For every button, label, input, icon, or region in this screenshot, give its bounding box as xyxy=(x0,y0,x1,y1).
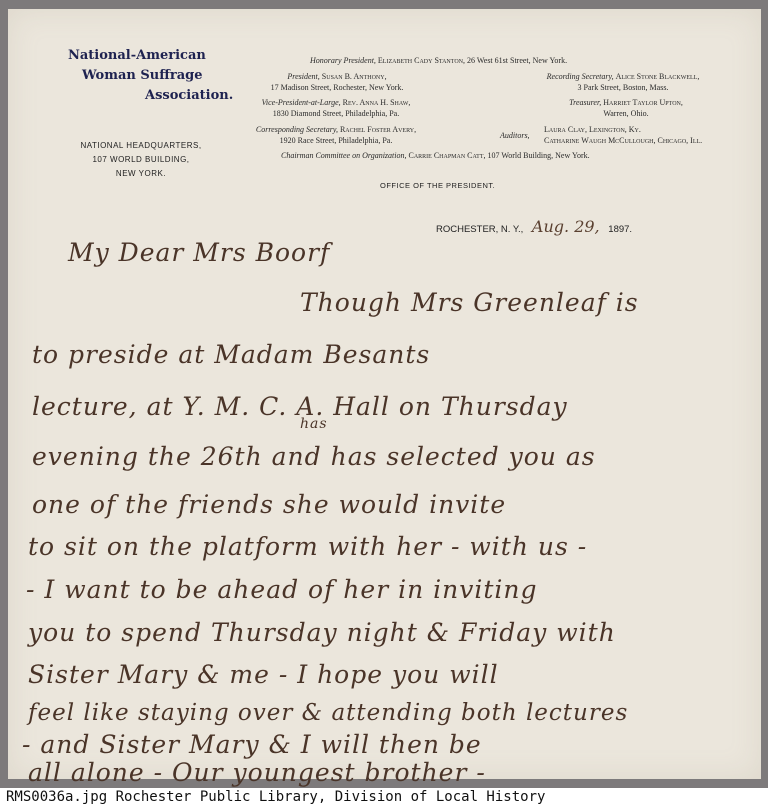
officer-title: Chairman Committee on Organization, xyxy=(281,151,406,160)
letter-line: to sit on the platform with her - with u… xyxy=(28,532,587,561)
salutation: My Dear Mrs Boorf xyxy=(68,238,330,267)
letter-line: - and Sister Mary & I will then be xyxy=(22,730,482,759)
officer-name: Rachel Foster Avery, xyxy=(340,125,416,134)
officer-name: Susan B. Anthony, xyxy=(322,72,387,81)
chairman: Chairman Committee on Organization, Carr… xyxy=(281,150,590,161)
vice-president: Vice-President-at-Large, Rev. Anna H. Sh… xyxy=(246,97,426,119)
letter-line: Though Mrs Greenleaf is xyxy=(300,288,639,317)
honorary-president: Honorary President, Elizabeth Cady Stant… xyxy=(310,55,567,66)
president: President, Susan B. Anthony, 17 Madison … xyxy=(252,71,422,93)
officer-address: 107 World Building, New York. xyxy=(488,151,590,160)
officer-address: 1830 Diamond Street, Philadelphia, Pa. xyxy=(246,108,426,119)
headquarters: NATIONAL HEADQUARTERS, 107 WORLD BUILDIN… xyxy=(66,139,216,181)
officer-title: President, xyxy=(287,72,319,81)
dateline-place: ROCHESTER, N. Y., xyxy=(436,224,523,235)
dateline-date: Aug. 29, xyxy=(532,217,600,236)
auditor-1: Laura Clay, Lexington, Ky. xyxy=(544,124,702,135)
dateline-year: 1897. xyxy=(608,224,632,235)
officer-title: Vice-President-at-Large, xyxy=(262,98,341,107)
officer-name: Harriet Taylor Upton, xyxy=(603,98,683,107)
officer-name: Alice Stone Blackwell, xyxy=(616,72,700,81)
officer-name: Carrie Chapman Catt, xyxy=(408,151,485,160)
org-line-2: Woman Suffrage xyxy=(82,66,203,86)
treasurer: Treasurer, Harriet Taylor Upton, Warren,… xyxy=(556,97,696,119)
office-title: OFFICE OF THE PRESIDENT. xyxy=(380,181,495,190)
corresponding-secretary: Corresponding Secretary, Rachel Foster A… xyxy=(244,124,428,146)
officer-title: Honorary President, xyxy=(310,56,376,65)
officer-title: Recording Secretary, xyxy=(547,72,614,81)
officer-address: 17 Madison Street, Rochester, New York. xyxy=(252,82,422,93)
letter-line: feel like staying over & attending both … xyxy=(28,700,628,726)
letter-line: all alone - Our youngest brother - xyxy=(28,758,486,787)
auditors: Auditors, Laura Clay, Lexington, Ky. Cat… xyxy=(500,124,702,146)
org-line-3: Association. xyxy=(145,86,233,106)
letter-line: Sister Mary & me - I hope you will xyxy=(28,660,499,689)
org-line-1: National-American xyxy=(68,46,206,66)
image-caption: RMS0036a.jpg Rochester Public Library, D… xyxy=(6,789,545,805)
letter-line: to preside at Madam Besants xyxy=(32,340,430,369)
letter-line: one of the friends she would invite xyxy=(32,490,506,519)
dateline: ROCHESTER, N. Y., Aug. 29, 1897. xyxy=(436,217,632,236)
officer-name: Elizabeth Cady Stanton, xyxy=(378,56,465,65)
officer-address: Warren, Ohio. xyxy=(556,108,696,119)
interlinear-insertion: has xyxy=(300,416,328,432)
hq-line-2: 107 WORLD BUILDING, xyxy=(66,153,216,167)
officer-address: 3 Park Street, Boston, Mass. xyxy=(528,82,718,93)
letter-line: - I want to be ahead of her in inviting xyxy=(26,575,538,604)
officer-title: Auditors, xyxy=(500,130,530,141)
auditor-2: Catharine Waugh McCullough, Chicago, Ill… xyxy=(544,135,702,146)
recording-secretary: Recording Secretary, Alice Stone Blackwe… xyxy=(528,71,718,93)
officer-address: 1920 Race Street, Philadelphia, Pa. xyxy=(244,135,428,146)
officer-title: Corresponding Secretary, xyxy=(256,125,338,134)
hq-line-1: NATIONAL HEADQUARTERS, xyxy=(66,139,216,153)
hq-line-3: NEW YORK. xyxy=(66,167,216,181)
letter-line: you to spend Thursday night & Friday wit… xyxy=(28,618,616,647)
officer-address: 26 West 61st Street, New York. xyxy=(467,56,567,65)
letter-line: evening the 26th and has selected you as xyxy=(32,442,596,471)
officer-name: Rev. Anna H. Shaw, xyxy=(343,98,411,107)
officer-title: Treasurer, xyxy=(569,98,601,107)
